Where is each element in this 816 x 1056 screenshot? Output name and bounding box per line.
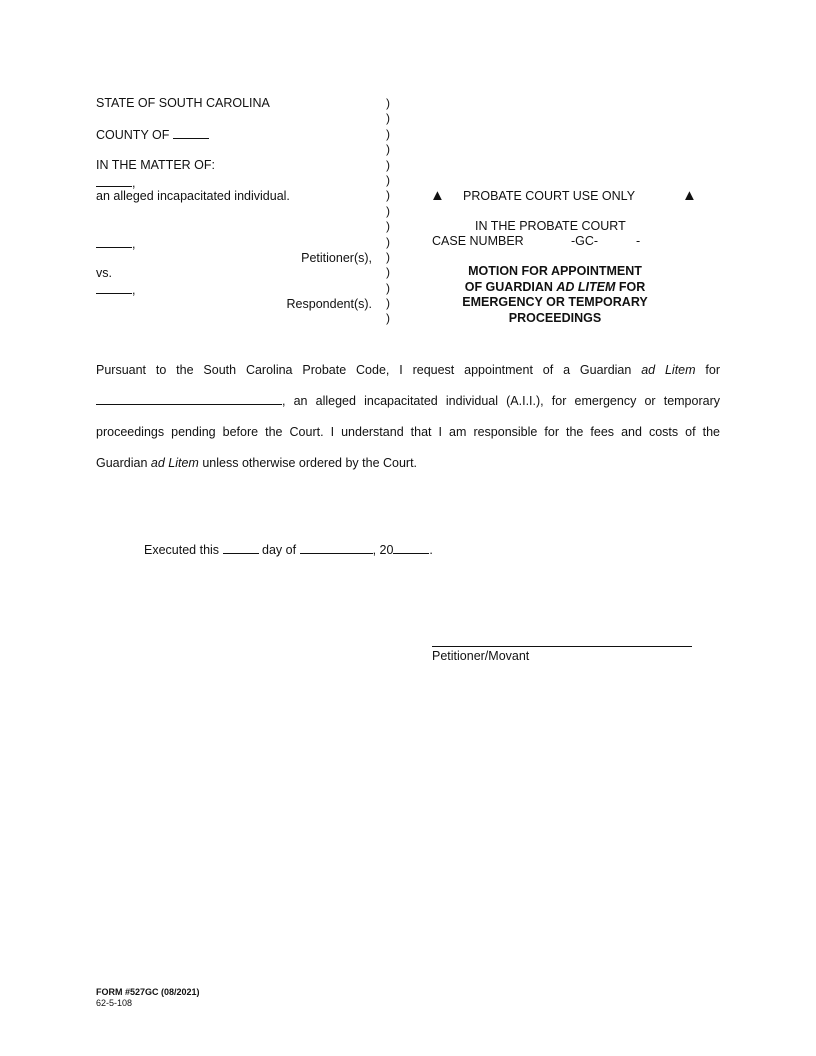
title-line-3: EMERGENCY OR TEMPORARY	[420, 295, 690, 311]
motion-body: Pursuant to the South Carolina Probate C…	[96, 355, 720, 479]
form-number: FORM #527GC (08/2021)	[96, 987, 200, 998]
title-line-4: PROCEEDINGS	[420, 311, 690, 327]
signature-label: Petitioner/Movant	[432, 649, 529, 663]
body-ad-litem: ad Litem	[151, 456, 199, 470]
title-ad-litem: AD LITEM	[556, 280, 615, 294]
caption-paren: )	[386, 311, 396, 326]
in-probate-court-label: IN THE PROBATE COURT	[475, 219, 626, 233]
case-number-dash: -	[636, 234, 640, 248]
caption-paren: )	[386, 204, 396, 219]
petitioner-label: Petitioner(s),	[301, 251, 372, 265]
court-use-only-label: PROBATE COURT USE ONLY	[463, 189, 635, 203]
body-text: unless otherwise ordered by the Court.	[199, 456, 417, 470]
body-text: Guardian	[96, 456, 151, 470]
form-footer: FORM #527GC (08/2021) 62-5-108	[96, 987, 200, 1009]
caption-paren: )	[386, 142, 396, 157]
year-prefix: , 20	[373, 543, 394, 557]
respondent-name-line: ,	[96, 282, 135, 297]
executed-label: Executed this	[144, 543, 219, 557]
period: .	[429, 543, 432, 557]
comma: ,	[132, 283, 135, 297]
respondent-name-blank[interactable]	[96, 282, 132, 294]
caption-divider: )))))))))))))))	[386, 96, 396, 327]
title-line-2-pre: OF GUARDIAN	[465, 280, 557, 294]
year-blank[interactable]	[393, 542, 429, 554]
vs-label: vs.	[96, 266, 112, 280]
aii-name-line: ,	[96, 175, 135, 190]
caption-paren: )	[386, 188, 396, 203]
caption-paren: )	[386, 265, 396, 280]
title-line-2-post: FOR	[615, 280, 645, 294]
respondent-label: Respondent(s).	[287, 297, 372, 311]
petitioner-name-line: ,	[96, 236, 135, 251]
state-heading: STATE OF SOUTH CAROLINA	[96, 96, 270, 110]
caption-paren: )	[386, 250, 396, 265]
body-line-4: Guardian ad Litem unless otherwise order…	[96, 448, 720, 479]
body-ad-litem: ad Litem	[641, 363, 695, 377]
county-blank[interactable]	[173, 127, 209, 139]
matter-heading: IN THE MATTER OF:	[96, 158, 215, 172]
day-of-label: day of	[262, 543, 296, 557]
signature-line[interactable]	[432, 646, 692, 647]
caption-paren: )	[386, 235, 396, 250]
body-line-3: proceedings pending before the Court. I …	[96, 417, 720, 448]
title-line-2: OF GUARDIAN AD LITEM FOR	[420, 280, 690, 296]
executed-line: Executed this day of , 20.	[144, 542, 433, 557]
title-line-1: MOTION FOR APPOINTMENT	[420, 264, 690, 280]
caption-paren: )	[386, 281, 396, 296]
body-line-1: Pursuant to the South Carolina Probate C…	[96, 355, 720, 386]
motion-title: MOTION FOR APPOINTMENT OF GUARDIAN AD LI…	[420, 264, 690, 326]
caption-paren: )	[386, 296, 396, 311]
county-line: COUNTY OF	[96, 127, 209, 142]
body-text: for	[696, 363, 720, 377]
caption-paren: )	[386, 127, 396, 142]
case-number-gc: -GC-	[571, 234, 598, 248]
aii-name-blank[interactable]	[96, 175, 132, 187]
caption-paren: )	[386, 111, 396, 126]
statute-code: 62-5-108	[96, 998, 200, 1009]
aii-name-blank[interactable]	[96, 393, 282, 405]
county-label: COUNTY OF	[96, 128, 169, 142]
body-line-2: , an alleged incapacitated individual (A…	[96, 386, 720, 417]
caption-paren: )	[386, 173, 396, 188]
triangle-up-icon: ▲	[682, 187, 697, 204]
triangle-up-icon: ▲	[430, 187, 445, 204]
day-blank[interactable]	[223, 542, 259, 554]
month-blank[interactable]	[300, 542, 373, 554]
petitioner-name-blank[interactable]	[96, 236, 132, 248]
caption-paren: )	[386, 96, 396, 111]
caption-paren: )	[386, 158, 396, 173]
aii-description: an alleged incapacitated individual.	[96, 189, 290, 203]
body-text: , an alleged incapacitated individual (A…	[282, 394, 720, 408]
caption-paren: )	[386, 219, 396, 234]
comma: ,	[132, 237, 135, 251]
case-number-label: CASE NUMBER	[432, 234, 524, 248]
body-text: Pursuant to the South Carolina Probate C…	[96, 363, 641, 377]
comma: ,	[132, 176, 135, 190]
